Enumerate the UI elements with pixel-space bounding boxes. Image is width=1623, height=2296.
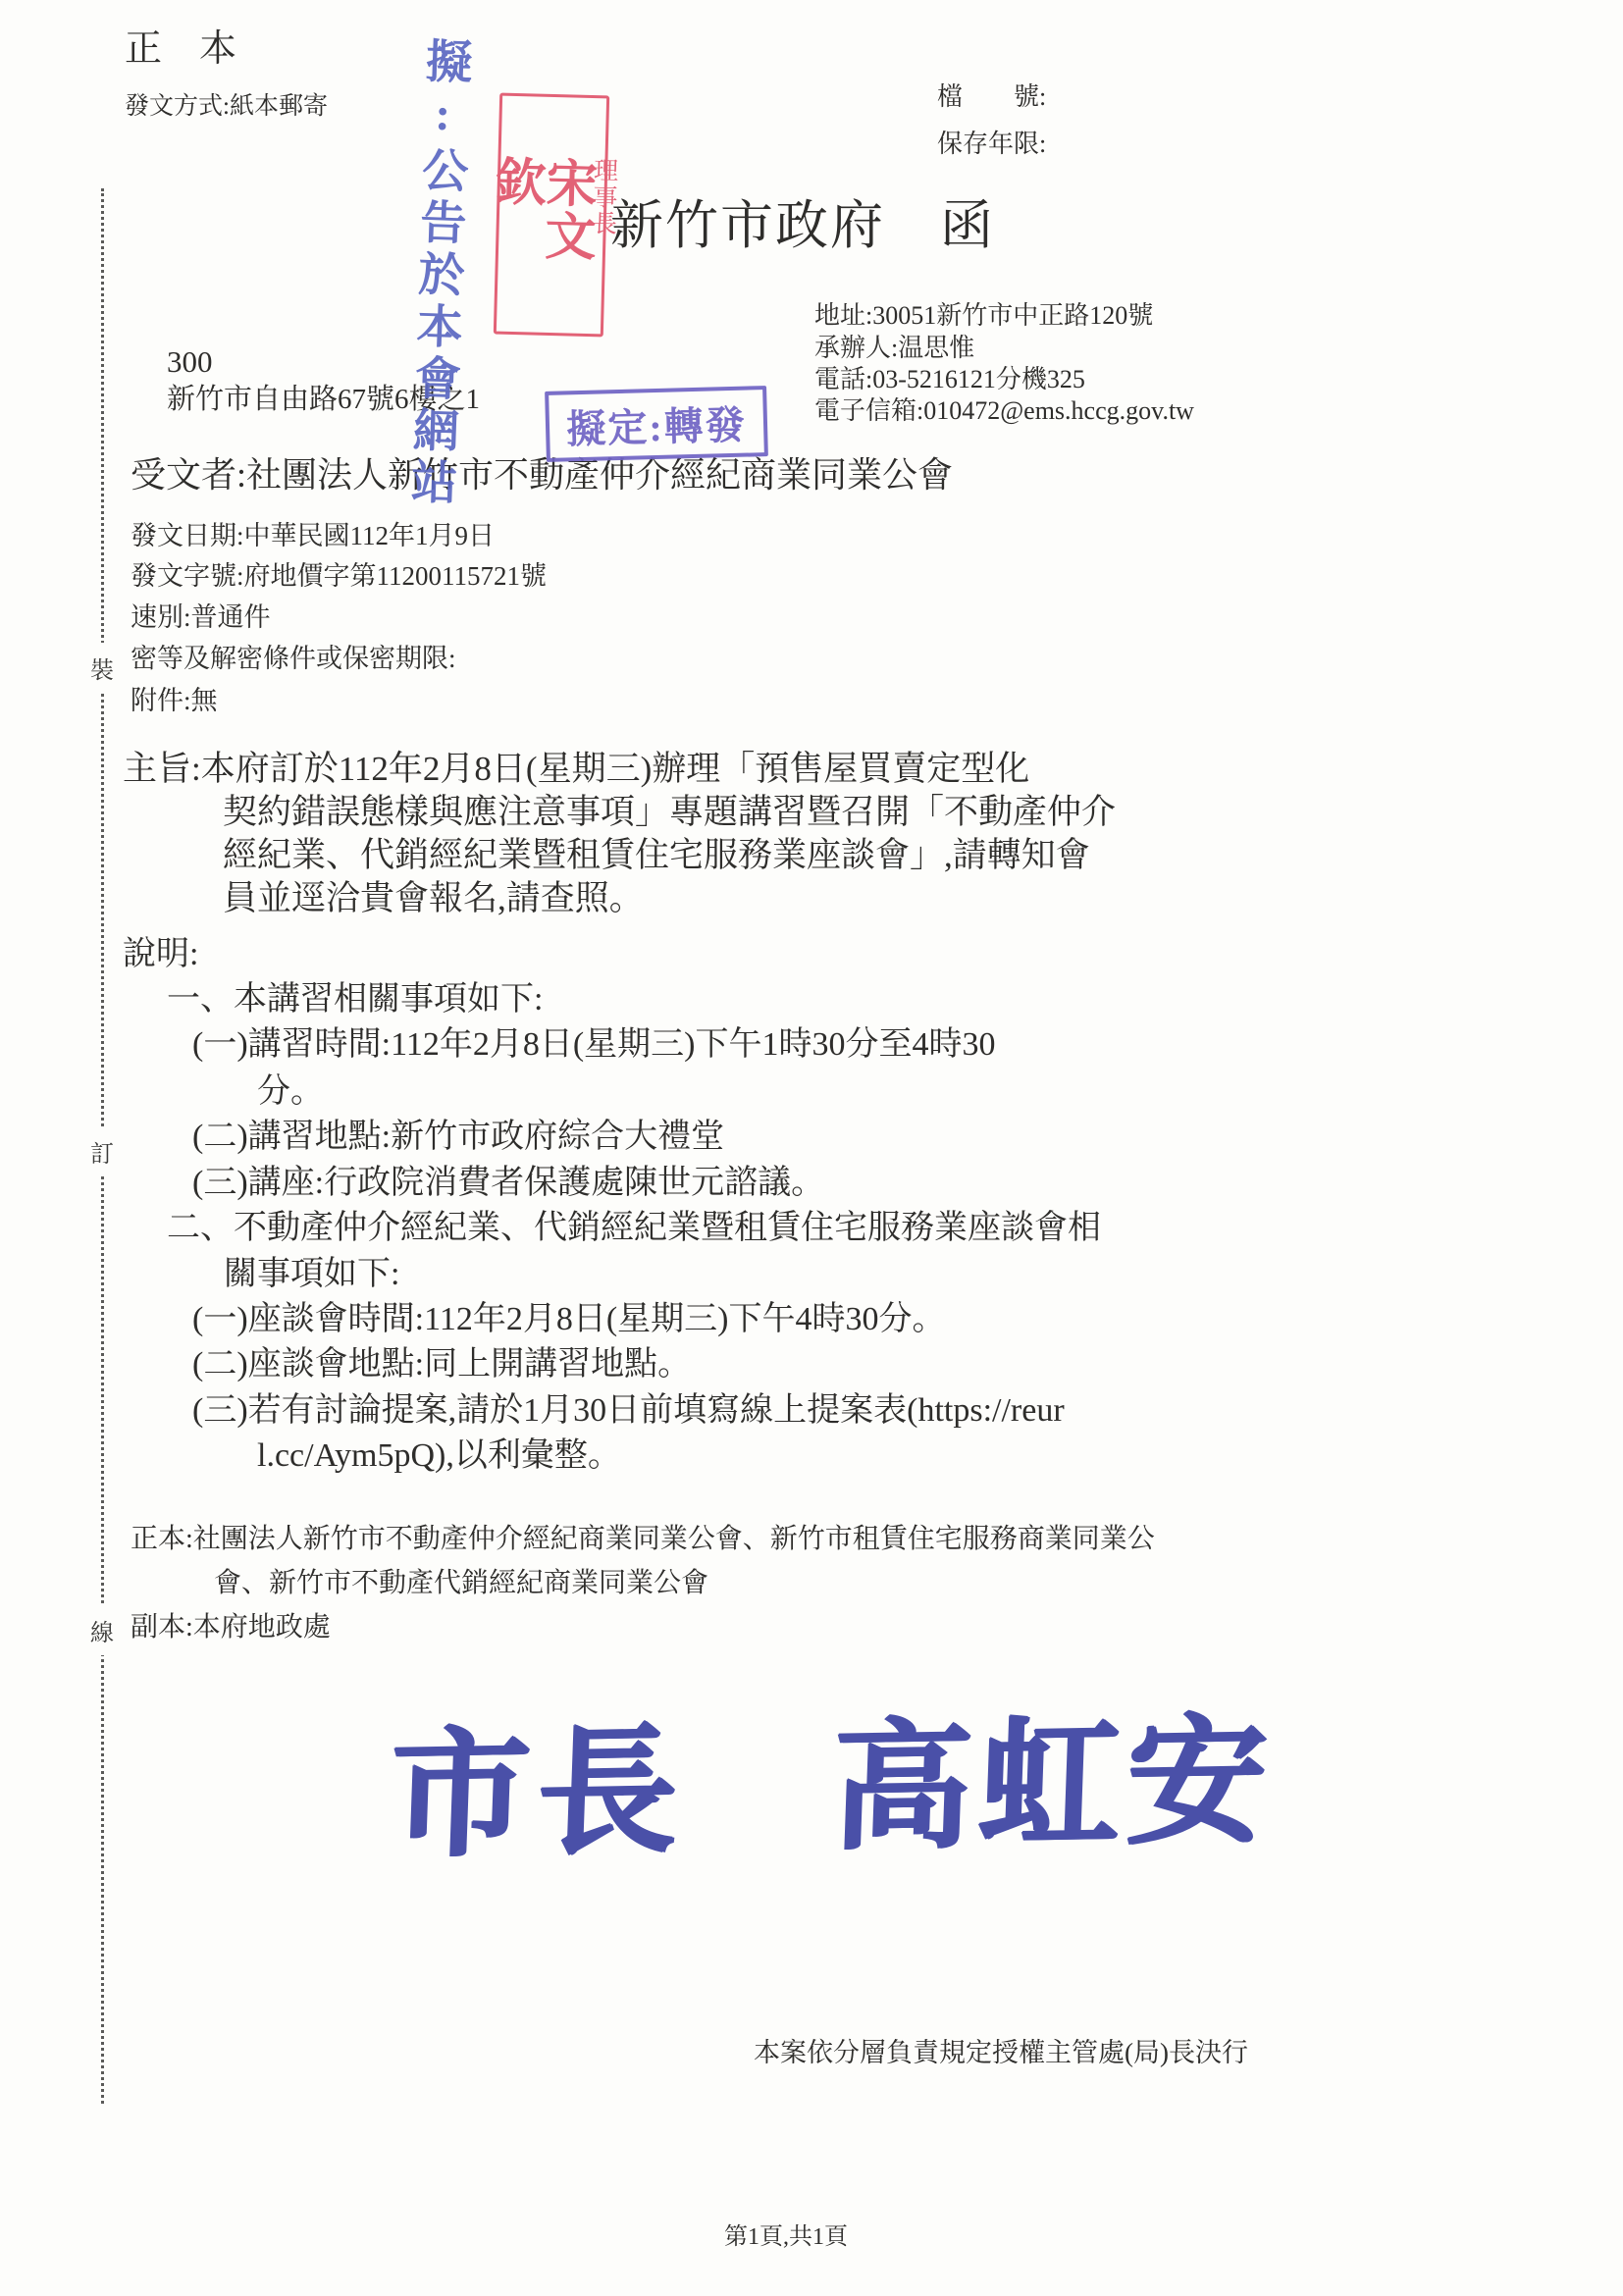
security-class: 密等及解密條件或保密期限:	[131, 643, 456, 674]
delivery-method: 發文方式:紙本郵寄	[125, 92, 328, 122]
original-recipients-line-1: 正本:社團法人新竹市不動產仲介經紀商業同業公會、新竹市租賃住宅服務商業同業公	[131, 1523, 1155, 1556]
sender-contact-person: 承辦人:温思惟	[814, 333, 974, 363]
mayor-signature: 市長 高虹安	[388, 1711, 1277, 1866]
speed-class: 速別:普通件	[131, 601, 271, 633]
recipient-line: 受文者:社團法人新竹市不動產仲介經紀商業同業公會	[131, 454, 953, 496]
original-recipients-line-2: 會、新竹市不動產代銷經紀商業同業公會	[214, 1567, 708, 1600]
body-item-2-cont: 關事項如下:	[224, 1255, 399, 1295]
body-item-2: 二、不動產仲介經紀業、代銷經紀業暨租賃住宅服務業座談會相	[167, 1209, 1101, 1249]
doc-number: 發文字號:府地價字第11200115721號	[131, 560, 547, 592]
subject-line-4: 員並逕洽貴會報名,請查照。	[223, 878, 644, 919]
body-item-1: 一、本講習相關事項如下:	[167, 980, 543, 1020]
body-heading: 說明:	[123, 935, 198, 975]
attachment-line: 附件:無	[131, 685, 218, 716]
binding-mark-xian: 線	[88, 1605, 116, 1655]
draft-forward-stamp-text: 擬定:轉發	[566, 393, 748, 454]
page-footer: 第1頁,共1頁	[724, 2223, 848, 2252]
binding-mark-zhuang: 裝	[88, 643, 116, 693]
body-item-2-2: (二)座談會地點:同上開講習地點。	[192, 1345, 691, 1385]
body-item-2-3-cont: l.cc/Aym5pQ),以利彙整。	[257, 1436, 621, 1477]
chairman-stamp-text: 理事長宋文欽	[487, 154, 616, 275]
subject-line-2: 契約錯誤態樣與應注意事項」專題講習暨召開「不動產仲介	[223, 792, 1116, 833]
body-item-1-1: (一)講習時間:112年2月8日(星期三)下午1時30分至4時30	[192, 1025, 995, 1066]
body-item-1-2: (二)講習地點:新竹市政府綜合大禮堂	[192, 1118, 724, 1158]
authorization-note: 本案依分層負責規定授權主管處(局)長決行	[754, 2037, 1248, 2068]
subject-line-3: 經紀業、代銷經紀業暨租賃住宅服務業座談會」,請轉知會	[223, 835, 1090, 876]
draft-forward-stamp: 擬定:轉發	[545, 386, 768, 462]
body-item-1-3: (三)講座:行政院消費者保護處陳世元諮議。	[192, 1164, 824, 1204]
binding-mark-ding: 訂	[88, 1126, 116, 1176]
subject-line-1: 主旨:本府訂於112年2月8日(星期三)辦理「預售屋買賣定型化	[123, 749, 1029, 790]
file-number-label: 檔 號:	[937, 81, 1046, 112]
cc-recipients-line: 副本:本府地政處	[131, 1611, 331, 1644]
retention-label: 保存年限:	[937, 129, 1046, 159]
document-title: 新竹市政府 函	[610, 194, 995, 258]
copy-type-label: 正 本	[125, 27, 236, 73]
body-item-2-3: (三)若有討論提案,請於1月30日前填寫線上提案表(https://reur	[192, 1391, 1065, 1432]
sender-email: 電子信箱:010472@ems.hccg.gov.tw	[814, 395, 1194, 426]
chairman-stamp-name: 宋文欽	[487, 154, 595, 263]
body-item-1-1-cont: 分。	[257, 1072, 324, 1113]
sender-address: 地址:30051新竹市中正路120號	[814, 300, 1153, 331]
recipient-zip: 300	[167, 343, 213, 380]
chairman-stamp: 理事長宋文欽	[494, 93, 609, 338]
body-item-2-1: (一)座談會時間:112年2月8日(星期三)下午4時30分。	[192, 1300, 945, 1340]
sender-phone: 電話:03-5216121分機325	[814, 364, 1085, 394]
